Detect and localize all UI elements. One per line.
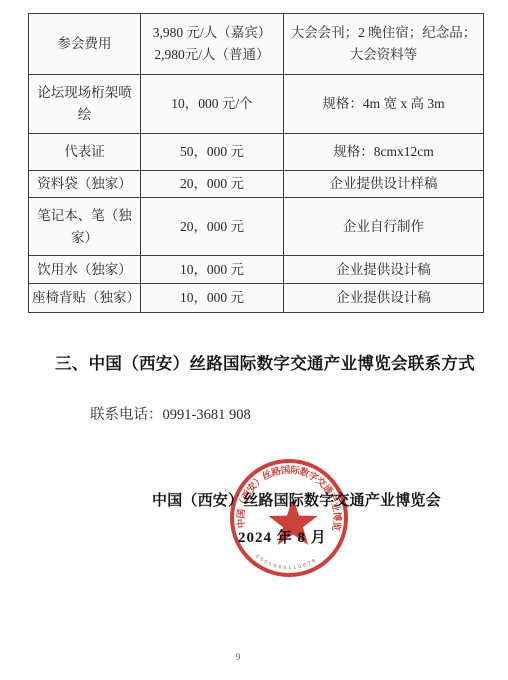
table-row: 论坛现场桁架喷绘 10，000 元/个 规格：4m 宽 x 高 3m — [29, 75, 484, 134]
item-cell: 参会费用 — [29, 14, 141, 75]
table-row: 饮用水（独家） 10，000 元 企业提供设计稿 — [29, 256, 484, 284]
price-cell: 20，000 元 — [141, 171, 284, 198]
table-row: 参会费用 3,980 元/人（嘉宾） 2,980元/人（普通） 大会会刊；2 晚… — [29, 14, 484, 75]
table-row: 资料袋（独家） 20，000 元 企业提供设计样稿 — [29, 171, 484, 198]
note-cell: 企业提供设计样稿 — [284, 171, 484, 198]
contact-phone-line: 联系电话：0991-3681 908 — [90, 403, 251, 424]
price-cell: 50，000 元 — [141, 134, 284, 171]
seal-star-icon — [268, 498, 317, 545]
price-cell: 3,980 元/人（嘉宾） 2,980元/人（普通） — [141, 14, 284, 75]
price-cell: 10，000 元 — [141, 256, 284, 284]
note-cell: 规格：8cmx12cm — [284, 134, 484, 171]
price-cell: 10，000 元 — [141, 284, 284, 313]
item-cell: 资料袋（独家） — [29, 171, 141, 198]
note-cell: 企业自行制作 — [284, 198, 484, 256]
item-cell: 座椅背贴（独家） — [29, 284, 141, 313]
pricing-table: 参会费用 3,980 元/人（嘉宾） 2,980元/人（普通） 大会会刊；2 晚… — [28, 13, 484, 313]
price-cell: 20，000 元 — [141, 198, 284, 256]
table-row: 座椅背贴（独家） 10，000 元 企业提供设计稿 — [29, 284, 484, 313]
table-row: 代表证 50，000 元 规格：8cmx12cm — [29, 134, 484, 171]
official-seal-stamp: 中国（西安）丝路国际数字交通产业博览会 6501060110678 — [227, 456, 351, 580]
note-cell: 规格：4m 宽 x 高 3m — [284, 75, 484, 134]
item-cell: 笔记本、笔（独家） — [29, 198, 141, 256]
note-cell: 企业提供设计稿 — [284, 256, 484, 284]
contact-section-heading: 三、中国（西安）丝路国际数字交通产业博览会联系方式 — [55, 350, 475, 374]
page-number: 9 — [0, 652, 476, 662]
item-cell: 代表证 — [29, 134, 141, 171]
item-cell: 论坛现场桁架喷绘 — [29, 75, 141, 134]
price-cell: 10，000 元/个 — [141, 75, 284, 134]
note-cell: 企业提供设计稿 — [284, 284, 484, 313]
note-cell: 大会会刊；2 晚住宿；纪念品； 大会资料等 — [284, 14, 484, 75]
item-cell: 饮用水（独家） — [29, 256, 141, 284]
table-row: 笔记本、笔（独家） 20，000 元 企业自行制作 — [29, 198, 484, 256]
document-page: 参会费用 3,980 元/人（嘉宾） 2,980元/人（普通） 大会会刊；2 晚… — [0, 0, 508, 680]
